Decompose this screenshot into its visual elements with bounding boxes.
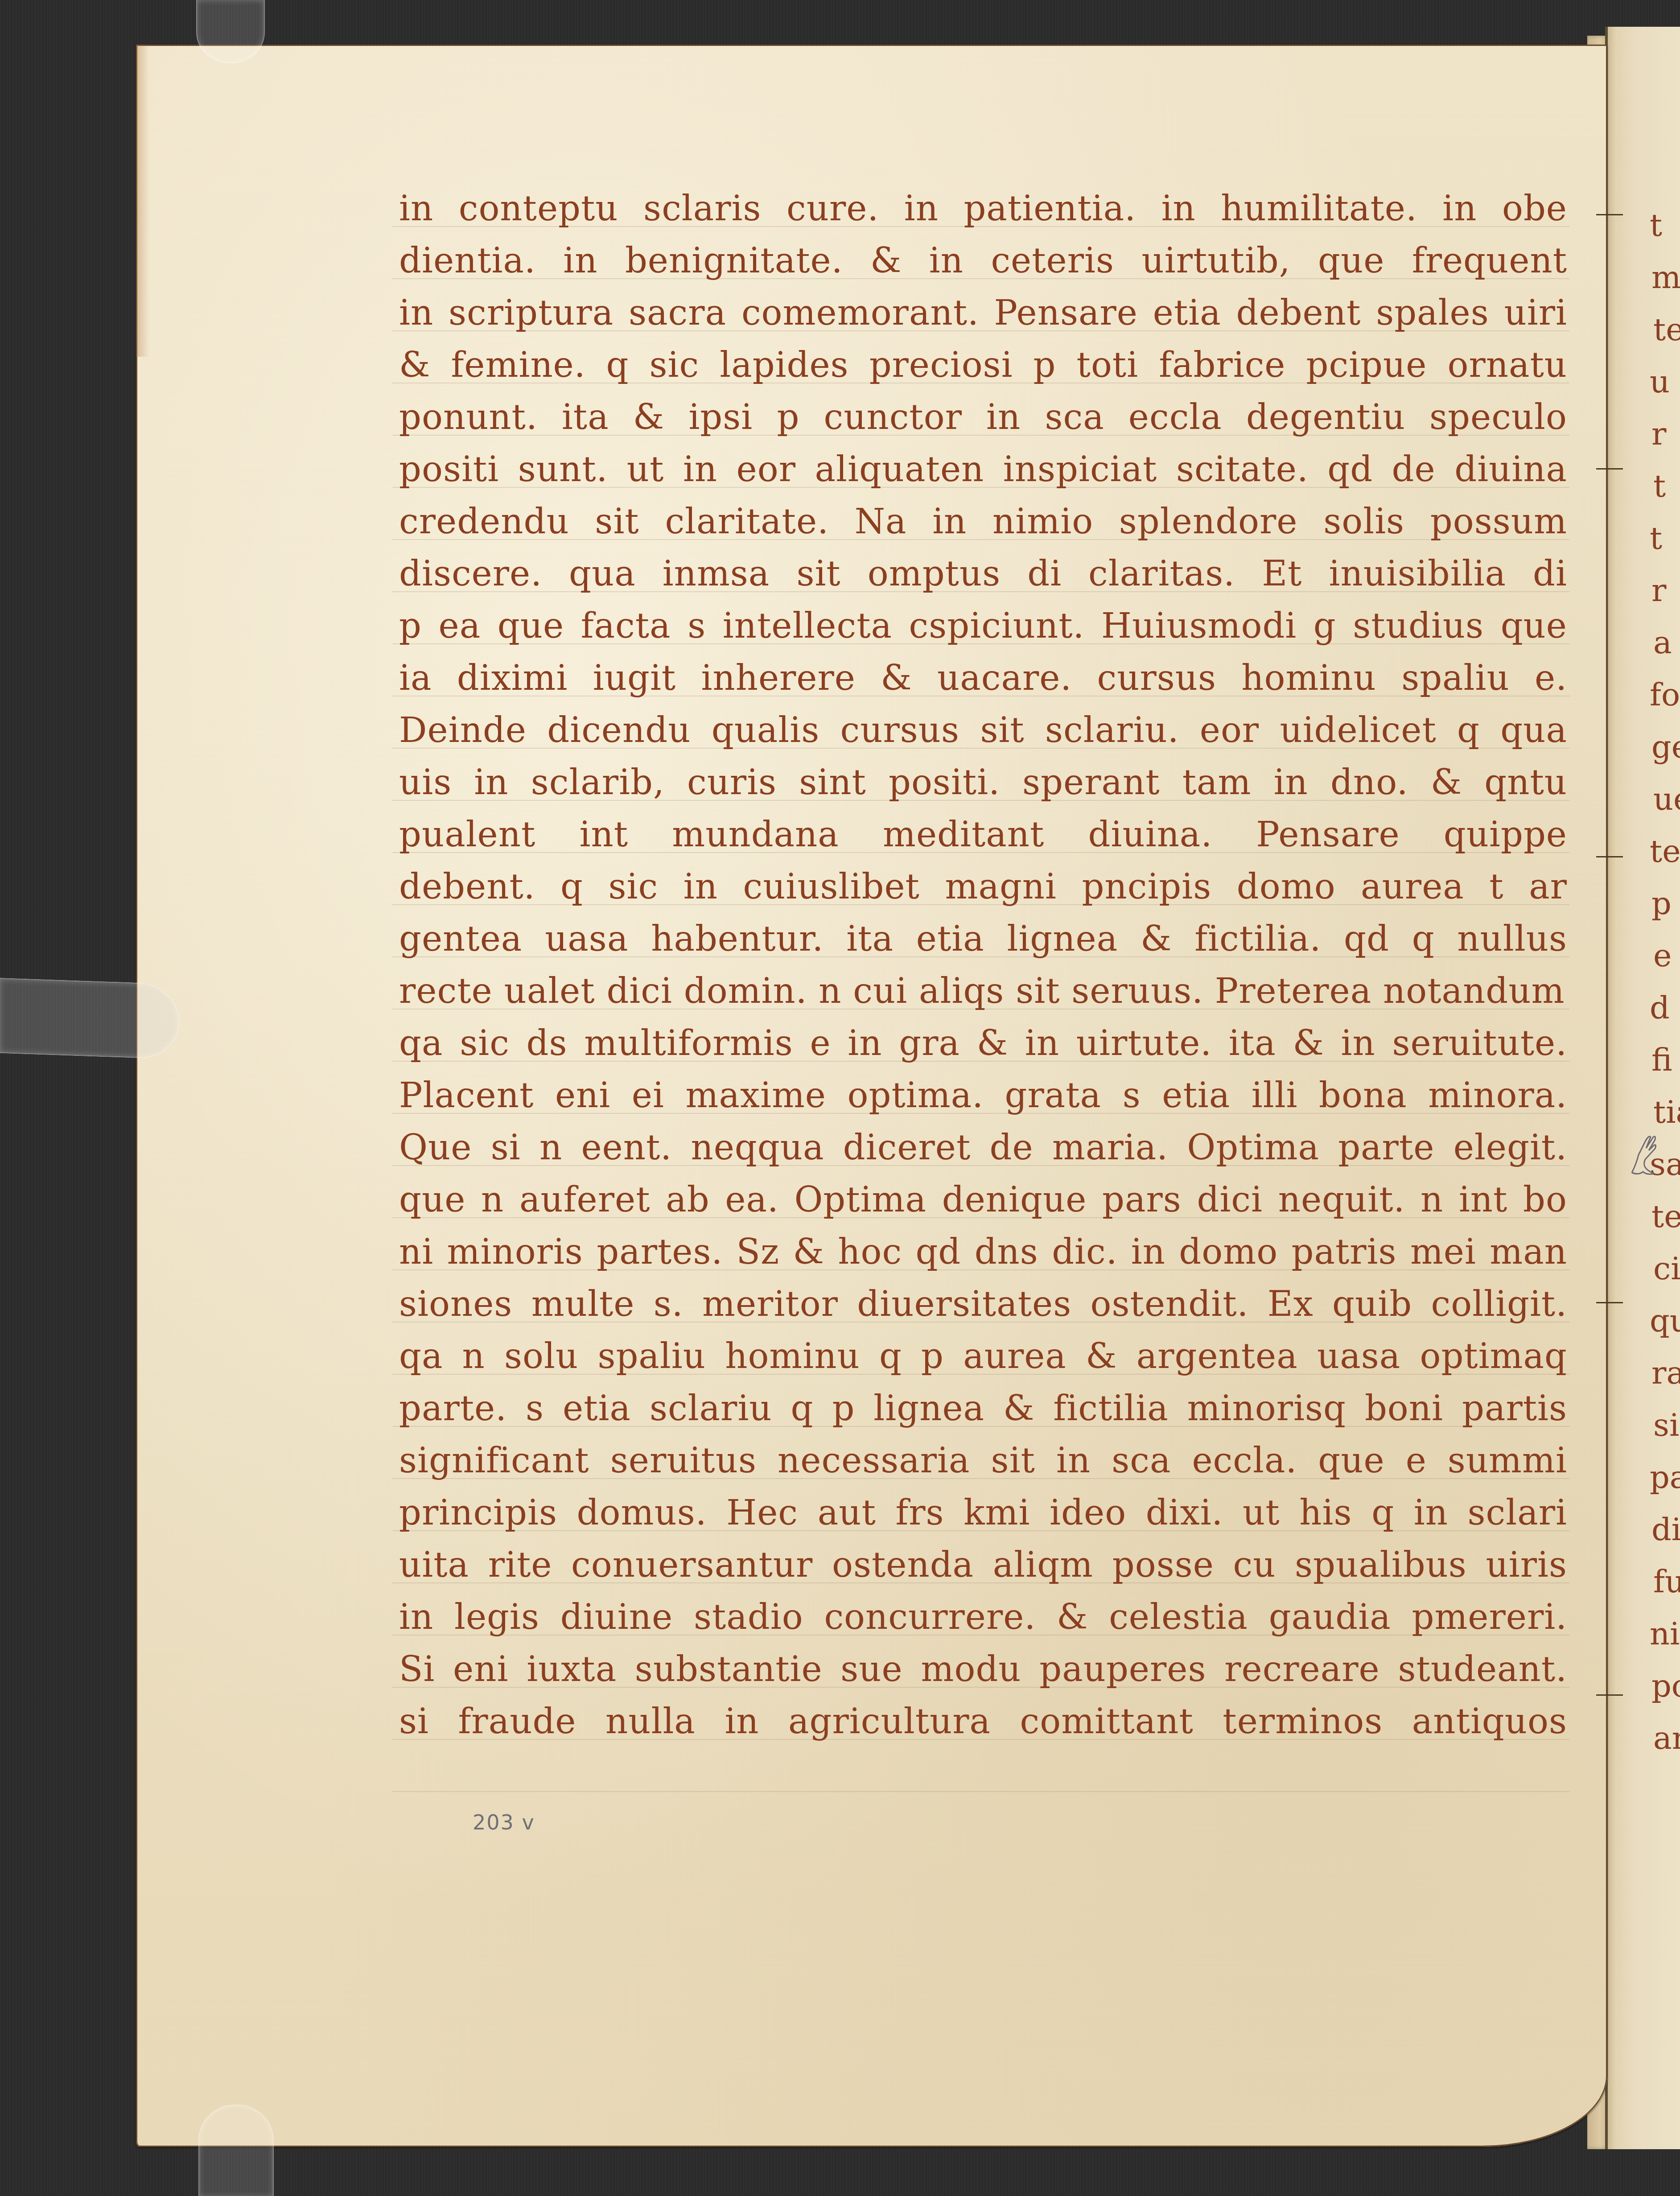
facing-page-fragment: fu <box>1653 1566 1680 1597</box>
mounting-tab-bottom <box>198 2105 274 2196</box>
page-notch <box>1596 856 1623 857</box>
text-line: Que si n eent. neqqua diceret de maria. … <box>399 1122 1567 1174</box>
text-line: Deinde dicendu qualis cursus sit sclariu… <box>399 705 1567 757</box>
page-notch <box>1596 468 1623 470</box>
text-line: credendu sit claritate. Na in nimio sple… <box>399 496 1567 548</box>
facing-page-fragment: te <box>1651 1201 1680 1232</box>
facing-page-fragment: p <box>1651 888 1672 919</box>
text-line: uis in sclarib, curis sint positi. spera… <box>399 757 1567 809</box>
facing-page-fragment: ni <box>1650 1618 1680 1649</box>
text-line: positi sunt. ut in eor aliquaten inspici… <box>399 444 1567 496</box>
folio-number: 203 v <box>473 1810 535 1834</box>
text-line: p ea que facta s intellecta cspiciunt. H… <box>399 600 1567 652</box>
facing-page-fragment: d <box>1650 992 1670 1023</box>
mounting-tab-left <box>0 978 179 1059</box>
text-line: ia diximi iugit inherere & uacare. cursu… <box>399 652 1567 705</box>
text-line: que n auferet ab ea. Optima denique pars… <box>399 1174 1567 1226</box>
text-line: debent. q sic in cuiuslibet magni pncipi… <box>399 861 1567 913</box>
facing-page-fragment: sic <box>1653 1409 1680 1441</box>
facing-page-fragment: fo <box>1650 679 1680 710</box>
facing-page-fragment: te <box>1653 314 1680 345</box>
text-line: ni minoris partes. Sz & hoc qd dns dic. … <box>399 1226 1567 1278</box>
facing-page-fragment: m <box>1651 262 1680 293</box>
facing-page-fragment: que <box>1650 1305 1680 1336</box>
facing-page-fragment: tia <box>1653 1096 1680 1128</box>
page-notch <box>1596 214 1623 215</box>
text-line: discere. qua inmsa sit omptus di clarita… <box>399 548 1567 600</box>
text-line: Si eni iuxta substantie sue modu paupere… <box>399 1644 1567 1696</box>
facing-page-fragment: pc <box>1651 1670 1680 1702</box>
text-line: parte. s etia sclariu q p lignea & ficti… <box>399 1383 1567 1435</box>
facing-page-fragment: e <box>1653 940 1672 971</box>
facing-page-fragment: ran <box>1651 1357 1680 1388</box>
text-line: qa sic ds multiformis e in gra & in uirt… <box>399 1018 1567 1070</box>
facing-page-fragment: pa <box>1650 1462 1680 1493</box>
facing-page-fragment: di <box>1651 1514 1680 1545</box>
facing-page-fragment: ue <box>1653 783 1680 815</box>
text-line: in scriptura sacra comemorant. Pensare e… <box>399 287 1567 339</box>
facing-page-fragment: t <box>1653 470 1666 502</box>
text-line: & femine. q sic lapides preciosi p toti … <box>399 339 1567 391</box>
page-notch <box>1596 1694 1623 1696</box>
text-line: principis domus. Hec aut frs kmi ideo di… <box>399 1487 1567 1539</box>
manicule-sketch-icon <box>1623 1124 1663 1177</box>
text-line: dientia. in benignitate. & in ceteris ui… <box>399 235 1567 287</box>
text-line: recte ualet dici domin. n cui aliqs sit … <box>399 965 1567 1018</box>
text-line: qa n solu spaliu hominu q p aurea & arge… <box>399 1331 1567 1383</box>
page-notch <box>1596 1302 1623 1303</box>
facing-page-fragment: a <box>1653 627 1672 658</box>
text-line: in legis diuine stadio concurrere. & cel… <box>399 1591 1567 1644</box>
text-line: pualent int mundana meditant diuina. Pen… <box>399 809 1567 861</box>
facing-page-fragment: r <box>1651 575 1666 606</box>
mounting-tab-top <box>196 0 265 63</box>
ruling-line <box>392 1791 1569 1792</box>
facing-page-fragment: u <box>1650 366 1670 397</box>
facing-page-fragment: am <box>1653 1722 1680 1754</box>
facing-page-fragment: r <box>1651 418 1666 449</box>
text-line: siones multe s. meritor diuersitates ost… <box>399 1278 1567 1331</box>
facing-page-fragment: t <box>1650 523 1662 554</box>
text-line: Placent eni ei maxime optima. grata s et… <box>399 1070 1567 1122</box>
text-line: ponunt. ita & ipsi p cunctor in sca eccl… <box>399 391 1567 444</box>
text-line: significant seruitus necessaria sit in s… <box>399 1435 1567 1487</box>
facing-page-fragment: te <box>1650 836 1680 867</box>
text-line: uita rite conuersantur ostenda aliqm pos… <box>399 1539 1567 1591</box>
facing-page-fragment: fi <box>1651 1044 1672 1075</box>
text-line: gentea uasa habentur. ita etia lignea & … <box>399 913 1567 965</box>
text-line: si fraude nulla in agricultura comittant… <box>399 1696 1567 1748</box>
facing-page-fragment: t <box>1650 210 1662 241</box>
facing-page-fragment: ci <box>1653 1253 1680 1284</box>
facing-page-fragment: ge <box>1651 731 1680 762</box>
text-line: in conteptu sclaris cure. in patientia. … <box>399 183 1567 235</box>
